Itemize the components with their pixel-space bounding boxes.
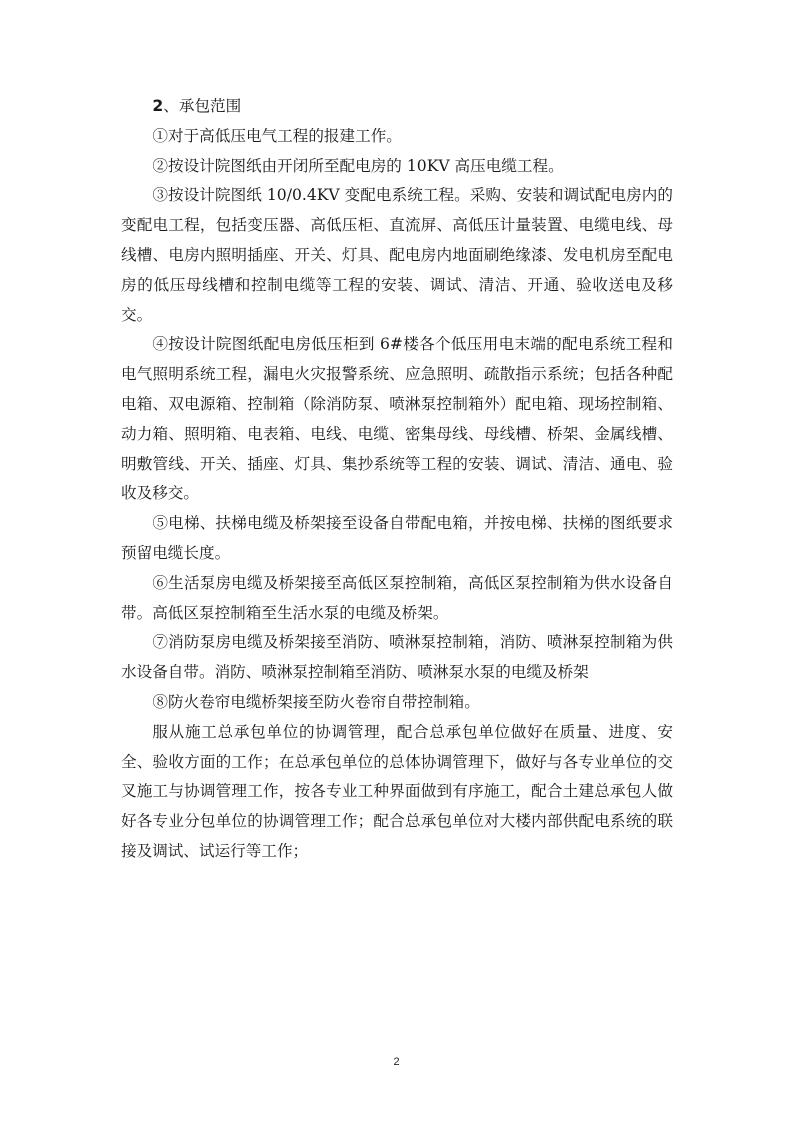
scope-item-4: ④按设计院图纸配电房低压柜到 6#楼各个低压用电末端的配电系统工程和电气照明系统… bbox=[121, 330, 673, 509]
section-number: 2 bbox=[152, 97, 163, 115]
scope-item-5: ⑤电梯、扶梯电缆及桥架接至设备自带配电箱，并按电梯、扶梯的图纸要求预留电缆长度。 bbox=[121, 509, 673, 569]
scope-item-8: ⑧防火卷帘电缆桥架接至防火卷帘自带控制箱。 bbox=[121, 688, 673, 718]
section-separator: 、 bbox=[163, 97, 179, 115]
scope-item-1: ①对于高低压电气工程的报建工作。 bbox=[121, 122, 673, 152]
scope-item-2: ②按设计院图纸由开闭所至配电房的 10KV 高压电缆工程。 bbox=[121, 152, 673, 182]
document-page: 2、承包范围 ①对于高低压电气工程的报建工作。 ②按设计院图纸由开闭所至配电房的… bbox=[121, 92, 673, 867]
page-number: 2 bbox=[0, 1056, 793, 1068]
scope-item-7: ⑦消防泵房电缆及桥架接至消防、喷淋泵控制箱，消防、喷淋泵控制箱为供水设备自带。消… bbox=[121, 628, 673, 688]
coordination-paragraph: 服从施工总承包单位的协调管理，配合总承包单位做好在质量、进度、安全、验收方面的工… bbox=[121, 718, 673, 867]
section-heading: 2、承包范围 bbox=[121, 92, 673, 122]
scope-item-3: ③按设计院图纸 10/0.4KV 变配电系统工程。采购、安装和调试配电房内的变配… bbox=[121, 181, 673, 330]
section-title: 承包范围 bbox=[179, 97, 241, 115]
scope-item-6: ⑥生活泵房电缆及桥架接至高低区泵控制箱，高低区泵控制箱为供水设备自带。高低区泵控… bbox=[121, 569, 673, 629]
